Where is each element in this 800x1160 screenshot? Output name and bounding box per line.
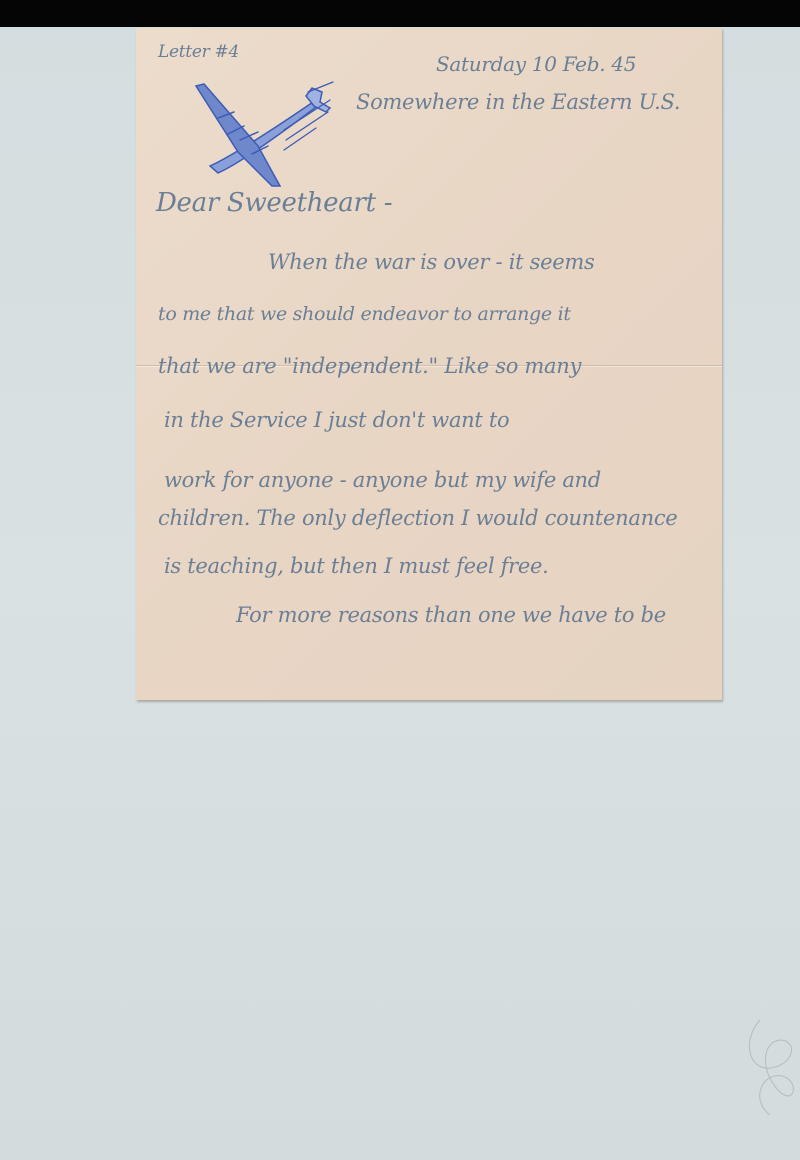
letter-line-4: in the Service I just don't want to <box>164 408 509 432</box>
letter-line-8: For more reasons than one we have to be <box>236 603 666 627</box>
letter-location: Somewhere in the Eastern U.S. <box>356 90 680 114</box>
letter-line-6: children. The only deflection I would co… <box>158 506 677 530</box>
scan-hair-artifact-icon <box>740 1010 800 1120</box>
letter-number: Letter #4 <box>158 42 239 62</box>
letter-salutation: Dear Sweetheart - <box>156 188 392 218</box>
letter-line-2: to me that we should endeavor to arrange… <box>158 303 571 325</box>
airplane-icon <box>188 78 338 188</box>
letter-line-7: is teaching, but then I must feel free. <box>164 554 549 578</box>
letter-date: Saturday 10 Feb. 45 <box>436 52 636 76</box>
letter-line-5: work for anyone - anyone but my wife and <box>164 468 601 492</box>
letter-line-1: When the war is over - it seems <box>268 250 594 274</box>
letter-page: Letter #4 Saturday 10 Feb. 45 Somewhere … <box>136 28 722 700</box>
scanner-top-edge <box>0 0 800 27</box>
letter-line-3: that we are "independent." Like so many <box>158 354 581 378</box>
